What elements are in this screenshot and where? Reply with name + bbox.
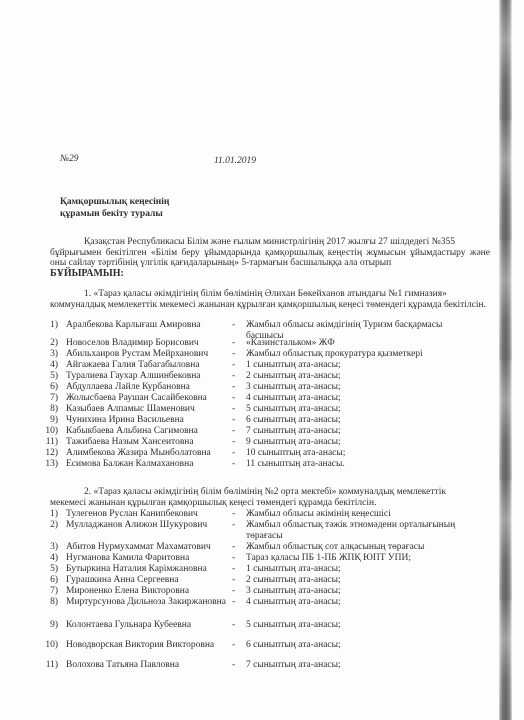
separator-dash: -	[232, 586, 235, 596]
member-role: 5 сыныптың ата-анасы;	[246, 620, 461, 631]
separator-dash: -	[232, 404, 235, 414]
member-name: Аралбекова Карлығаш Амировна	[66, 320, 226, 331]
member-number: 4)	[36, 553, 58, 563]
separator-dash: -	[232, 393, 235, 403]
separator-dash: -	[232, 371, 235, 381]
member-name: Бутыркина Наталия Карімжановна	[66, 564, 226, 575]
member-role: 2 сыныптың ата-анасы;	[246, 371, 461, 382]
separator-dash: -	[232, 520, 235, 530]
member-name: Тулегенов Руслан Канипбекович	[66, 509, 226, 520]
member-name: Абдуллаева Лайле Курбановна	[66, 382, 226, 393]
member-role: 11 сыныптың ата-анасы.	[246, 459, 461, 470]
document-number: №29	[60, 154, 78, 164]
member-number: 10)	[36, 426, 58, 436]
member-role: 7 сыныптың ата-анасы;	[246, 660, 461, 671]
separator-dash: -	[232, 360, 235, 370]
separator-dash: -	[232, 437, 235, 447]
section-1-first-line: 1. «Тараз қаласы әкімдігінің білім бөлім…	[50, 289, 490, 300]
preamble-paragraph: Қазақстан Республикасы Білім және ғылым …	[50, 237, 490, 279]
section-2-first-line: 2. «Тараз қаласы әкімдігінің білім бөлім…	[50, 487, 490, 498]
member-number: 5)	[36, 371, 58, 381]
separator-dash: -	[232, 459, 235, 469]
member-name: Айгажаева Галия Табагабыловна	[66, 360, 226, 371]
member-number: 13)	[36, 459, 58, 469]
member-number: 7)	[36, 586, 58, 596]
member-number: 11)	[36, 437, 58, 447]
member-name: Абильхаиров Рустам Мейрханович	[66, 349, 226, 360]
separator-dash: -	[232, 640, 235, 650]
member-name: Туралиева Гаухар Алшинбековна	[66, 371, 226, 382]
member-number: 12)	[36, 448, 58, 458]
member-name: Алимбекова Жазира Мынболатовна	[66, 448, 226, 459]
member-name: Волохова Татьяна Павловна	[66, 660, 226, 671]
separator-dash: -	[232, 553, 235, 563]
preamble-rest: бұйрығымен бекітілген «Білім беру ұйымда…	[50, 248, 490, 269]
member-name: Миртурсунова Дильноза Закиржановна	[66, 597, 226, 608]
separator-dash: -	[232, 597, 235, 607]
section-2-paragraph: 2. «Тараз қаласы әкімдігінің білім бөлім…	[50, 487, 490, 508]
separator-dash: -	[232, 338, 235, 348]
member-role: 6 сыныптың ата-анасы;	[246, 640, 461, 651]
member-role: Жамбыл облыстық прокуратура қызметкері	[246, 349, 461, 360]
member-name: Новодворская Виктория Викторовна	[66, 640, 226, 651]
member-number: 5)	[36, 564, 58, 574]
member-name: Тажибаева Назым Хансеитовна	[66, 437, 226, 448]
member-name: Нугманова Камила Фаритовна	[66, 553, 226, 564]
member-number: 4)	[36, 360, 58, 370]
separator-dash: -	[232, 564, 235, 574]
separator-dash: -	[232, 415, 235, 425]
separator-dash: -	[232, 575, 235, 585]
member-role: Жамбыл облысы әкімінің кеңесшісі	[246, 509, 461, 520]
member-name: Мулладжанов Алижон Шукурович	[66, 520, 226, 531]
member-number: 7)	[36, 393, 58, 403]
member-role: 1 сыныптың ата-анасы;	[246, 360, 461, 371]
member-role: Жамбыл облыстық сот алқасының төрағасы	[246, 542, 461, 553]
preamble-first-line: Қазақстан Республикасы Білім және ғылым …	[50, 237, 490, 248]
member-role: 9 сыныптың ата-анасы;	[246, 437, 461, 448]
member-number: 6)	[36, 575, 58, 585]
member-role: 7 сыныптың ата-анасы;	[246, 426, 461, 437]
member-number: 3)	[36, 349, 58, 359]
member-number: 9)	[36, 620, 58, 630]
member-role: «Казинстальком» ЖФ	[246, 338, 461, 349]
member-name: Чунихина Ирина Васильевна	[66, 415, 226, 426]
scan-edge-shadow	[499, 0, 512, 720]
section-1-rest: коммуналдық мемлекеттік мекемесі жанынан…	[50, 300, 490, 311]
subject-line-2: құрамын бекіту туралы	[60, 208, 169, 220]
member-number: 1)	[36, 320, 58, 330]
member-role: 6 сыныптың ата-анасы;	[246, 415, 461, 426]
member-role: 5 сыныптың ата-анасы;	[246, 404, 461, 415]
member-name: Жолысбаева Раушан Сасайбековна	[66, 393, 226, 404]
separator-dash: -	[232, 320, 235, 330]
member-number: 11)	[36, 660, 58, 670]
subject-line-1: Қамқоршылық кеңесінің	[60, 196, 169, 208]
member-role: 1 сыныптың ата-анасы;	[246, 564, 461, 575]
member-role: 2 сыныптың ата-анасы;	[246, 575, 461, 586]
document-date: 11.01.2019	[214, 156, 256, 166]
member-role: 4 сыныптың ата-анасы;	[246, 393, 461, 404]
document-subject: Қамқоршылық кеңесінің құрамын бекіту тур…	[60, 196, 169, 220]
order-heading: БҰЙЫРАМЫН:	[50, 269, 490, 280]
separator-dash: -	[232, 660, 235, 670]
separator-dash: -	[232, 382, 235, 392]
member-number: 2)	[36, 520, 58, 530]
member-number: 10)	[36, 640, 58, 650]
section-2-rest: мекемесі жанынан құрылған қамқоршылық ке…	[50, 498, 490, 509]
member-number: 3)	[36, 542, 58, 552]
member-name: Колонтаева Гульнара Кубеевна	[66, 620, 226, 631]
member-role: 3 сыныптың ата-анасы;	[246, 382, 461, 393]
separator-dash: -	[232, 448, 235, 458]
member-name: Абитов Нурмухаммат Махаматович	[66, 542, 226, 553]
member-number: 8)	[36, 404, 58, 414]
separator-dash: -	[232, 349, 235, 359]
separator-dash: -	[232, 426, 235, 436]
member-name: Кабыкбаева Альбина Сагимовна	[66, 426, 226, 437]
separator-dash: -	[232, 542, 235, 552]
member-number: 6)	[36, 382, 58, 392]
member-role: 10 сыныптың ата-анасы;	[246, 448, 461, 459]
member-name: Новоселов Владимир Борисович	[66, 338, 226, 349]
member-name: Гурашкина Анна Сергеевна	[66, 575, 226, 586]
separator-dash: -	[232, 620, 235, 630]
member-role: Жамбыл облыстық тәжік этномәдени орталығ…	[246, 520, 461, 541]
scanned-document-page: №29 11.01.2019 Қамқоршылық кеңесінің құр…	[0, 0, 524, 720]
member-number: 8)	[36, 597, 58, 607]
member-number: 9)	[36, 415, 58, 425]
member-name: Мироненко Елена Викторовна	[66, 586, 226, 597]
member-name: Казыбаев Алпамыс Шаменович	[66, 404, 226, 415]
member-number: 1)	[36, 509, 58, 519]
member-role: 3 сыныптың ата-анасы;	[246, 586, 461, 597]
member-name: Есимова Балжан Калмахановна	[66, 459, 226, 470]
member-role: 4 сыныптың ата-анасы;	[246, 597, 461, 608]
member-role: Тараз қаласы ПБ 1-ПБ ЖПҚ ЮПТ УПИ;	[246, 553, 461, 564]
section-1-paragraph: 1. «Тараз қаласы әкімдігінің білім бөлім…	[50, 289, 490, 310]
member-number: 2)	[36, 338, 58, 348]
separator-dash: -	[232, 509, 235, 519]
